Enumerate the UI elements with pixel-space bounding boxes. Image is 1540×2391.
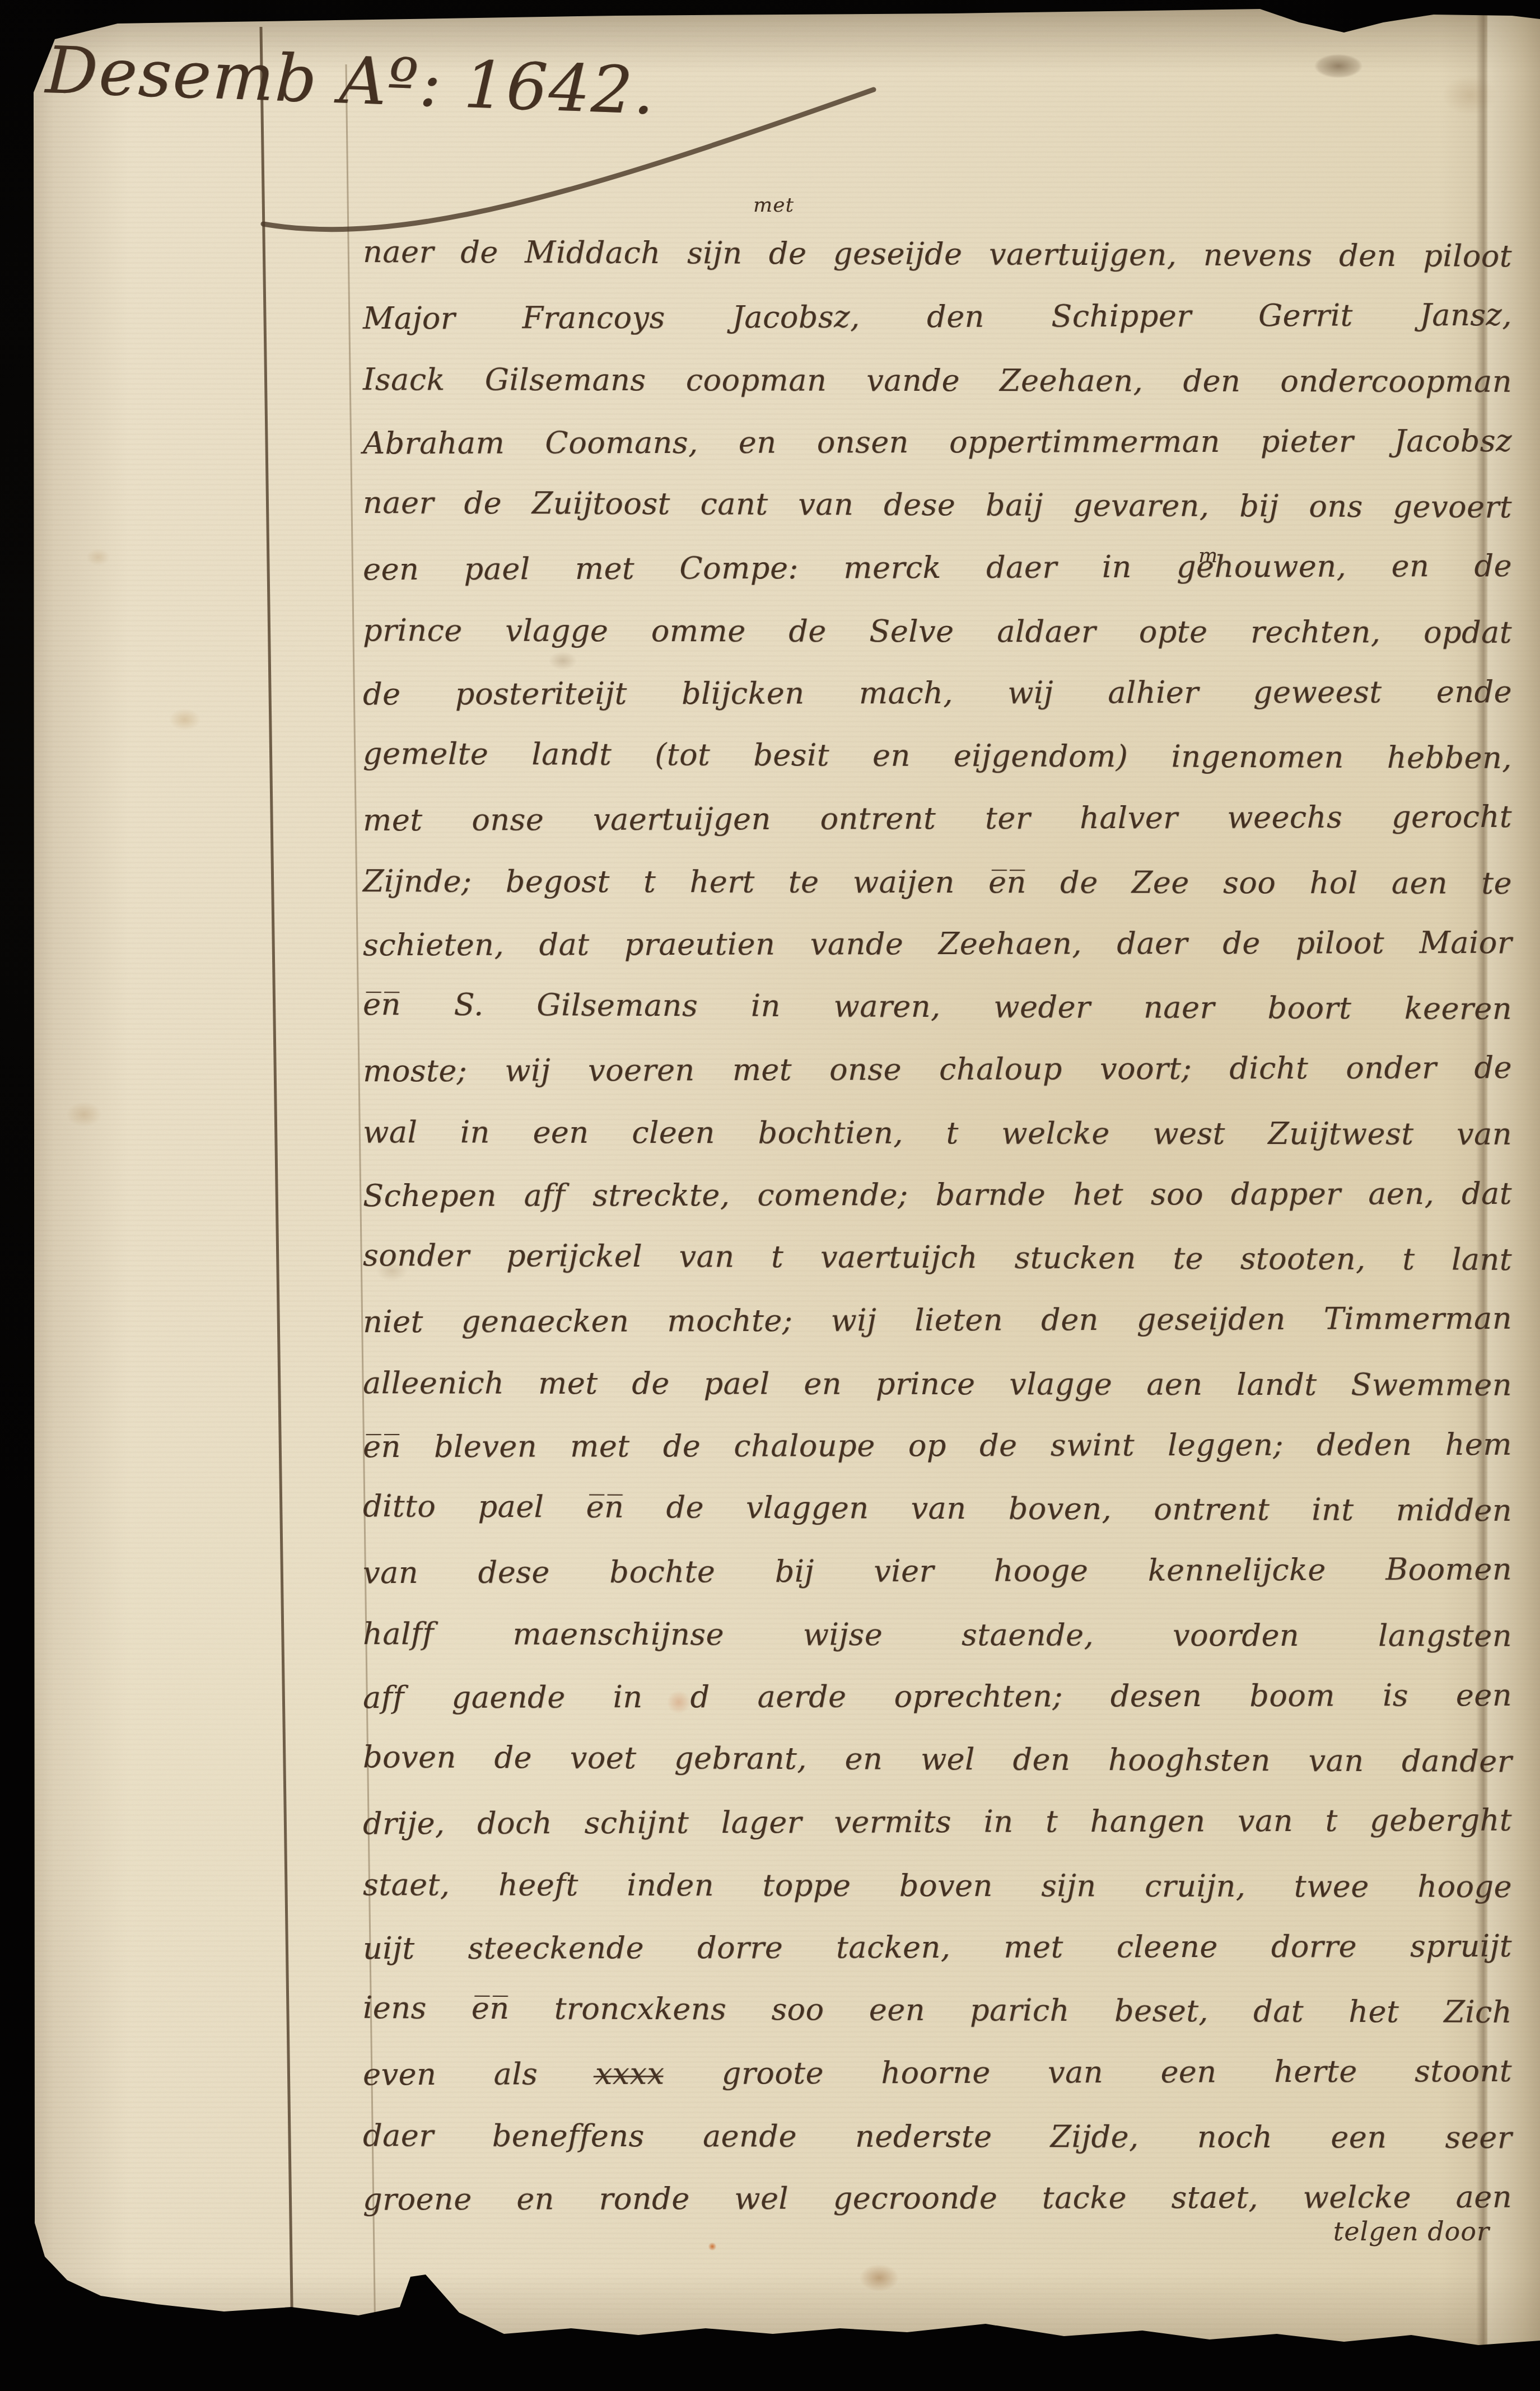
- margin-rule-dark: [261, 27, 292, 2343]
- manuscript-line: Isack Gilsemans coopman vande Zeehaen, d…: [363, 348, 1512, 413]
- page-header-date: Desemb Aº: 1642.: [44, 32, 656, 129]
- manuscript-line: ditto pael e̅n̅ de vlaggen van boven, on…: [363, 1475, 1512, 1542]
- manuscript-line: e̅n̅ S. Gilsemans in waren, weder naer b…: [363, 973, 1512, 1040]
- manuscript-line: schieten, dat praeutien vande Zeehaen, d…: [363, 912, 1512, 977]
- manuscript-line: naer de Zuijtoost cant van dese baij gev…: [363, 471, 1512, 539]
- manuscript-line: Schepen aff streckte, comende; barnde he…: [363, 1162, 1512, 1227]
- manuscript-line: Abraham Coomans, en onsen oppertimmerman…: [363, 410, 1512, 475]
- manuscript-line: gemelte landt (tot besit en eijgendom) i…: [363, 722, 1512, 790]
- manuscript-line: daer beneffens aende nederste Zijde, noc…: [363, 2104, 1512, 2169]
- manuscript-line: uijt steeckende dorre tacken, met cleene…: [363, 1915, 1512, 1980]
- manuscript-line: sonder perijckel van t vaertuijch stucke…: [363, 1224, 1512, 1291]
- manuscript-line: met onse vaertuijgen ontrent ter halver …: [363, 786, 1512, 852]
- manuscript-line: boven de voet gebrant, en wel den hooghs…: [363, 1726, 1512, 1793]
- manuscript-line: iens e̅n̅ troncxkens soo een parich bese…: [363, 1977, 1512, 2044]
- manuscript-line: drije, doch schijnt lager vermits in t h…: [363, 1789, 1512, 1855]
- manuscript-line: e̅n̅ bleven met de chaloupe op de swint …: [363, 1413, 1512, 1478]
- inserted-word: met: [753, 194, 794, 217]
- manuscript-line: wal in een cleen bochtien, t welcke west…: [363, 1101, 1512, 1166]
- manuscript-line: moste; wij voeren met onse chaloup voort…: [363, 1036, 1512, 1103]
- manuscript-line: naer de Middach sijn de geseijde vaertui…: [363, 221, 1512, 288]
- manuscript-line: aff gaende in d aerde oprechten; desen b…: [363, 1664, 1512, 1729]
- scan-background: Desemb Aº: 1642. met m naer de Middach s…: [0, 0, 1540, 2391]
- text-block: naer de Middach sijn de geseijde vaertui…: [363, 223, 1512, 2230]
- manuscript-line: alleenich met de pael en prince vlagge a…: [363, 1352, 1512, 1417]
- manuscript-line: Major Francoys Jacobsz, den Schipper Ger…: [363, 284, 1512, 350]
- manuscript-line: even als x̶x̶x̶x̶ groote hoorne van een …: [363, 2040, 1512, 2106]
- manuscript-page: Desemb Aº: 1642. met m naer de Middach s…: [0, 0, 1540, 2391]
- manuscript-line: prince vlagge omme de Selve aldaer opte …: [363, 599, 1512, 664]
- catchword: telgen door: [363, 2216, 1490, 2247]
- manuscript-line: van dese bochte bij vier hooge kennelijc…: [363, 1538, 1512, 1604]
- manuscript-line: een pael met Compe: merck daer in gehouw…: [363, 535, 1512, 601]
- manuscript-line: niet genaecken mochte; wij lieten den ge…: [363, 1287, 1512, 1353]
- manuscript-line: Zijnde; begost t hert te waijen e̅n̅ de …: [363, 850, 1512, 915]
- manuscript-line: de posteriteijt blijcken mach, wij alhie…: [363, 661, 1512, 726]
- manuscript-line: halff maenschijnse wijse staende, voorde…: [363, 1603, 1512, 1668]
- manuscript-line: staet, heeft inden toppe boven sijn crui…: [363, 1853, 1512, 1918]
